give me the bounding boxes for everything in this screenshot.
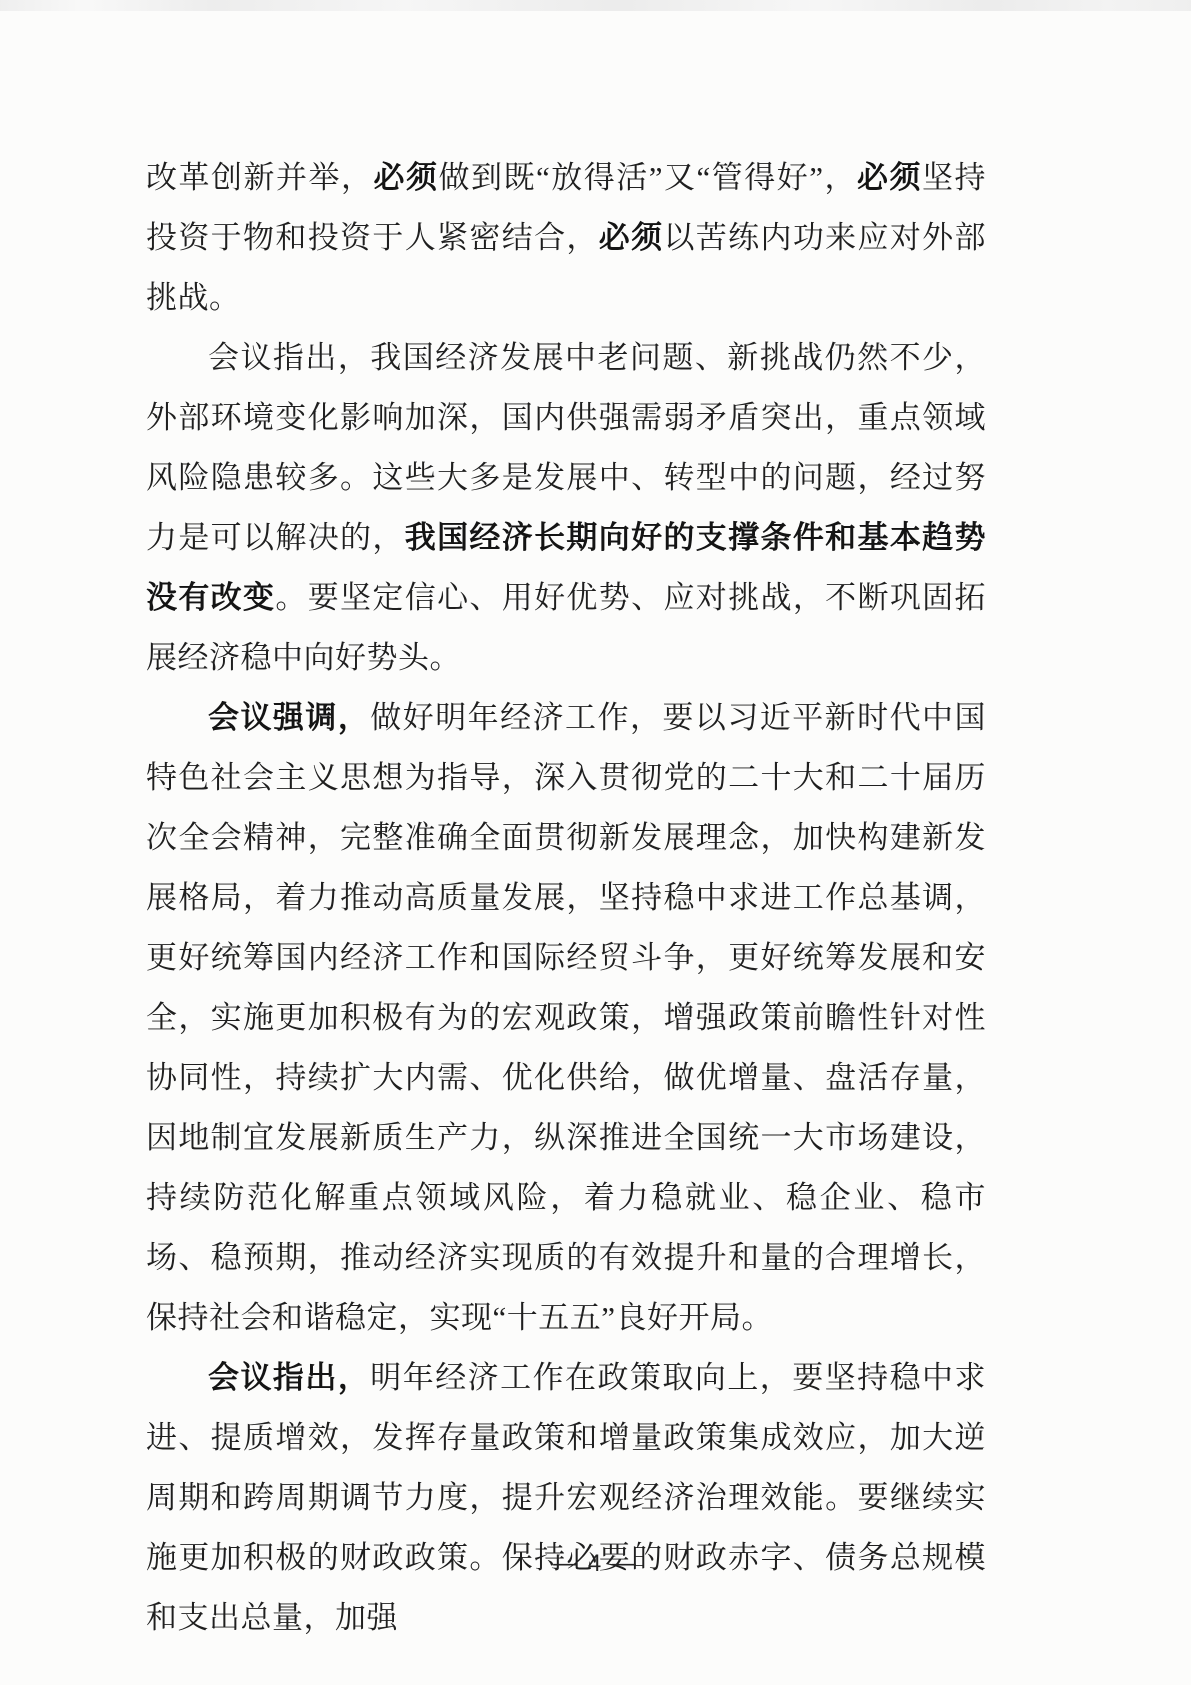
document-text-block: 改革创新并举，必须做到既“放得活”又“管得好”，必须坚持投资于物和投资于人紧密结… xyxy=(146,148,986,1648)
scan-edge-artifact xyxy=(0,0,1191,11)
body-text: 明年经济工作在政策取向上，要坚持稳中求进、提质增效，发挥存量政策和增量政策集成效… xyxy=(146,1360,986,1635)
emphasis-text: 会议指出， xyxy=(208,1360,370,1395)
emphasis-text: 会议强调， xyxy=(208,700,370,735)
page-number: — 4 — xyxy=(0,1550,1191,1578)
paragraph: 改革创新并举，必须做到既“放得活”又“管得好”，必须坚持投资于物和投资于人紧密结… xyxy=(146,148,986,328)
body-text: 做到既“放得活”又“管得好”， xyxy=(439,160,858,195)
emphasis-text: 必须 xyxy=(599,220,664,255)
emphasis-text: 必须 xyxy=(374,160,439,195)
paragraph: 会议强调，做好明年经济工作，要以习近平新时代中国特色社会主义思想为指导，深入贯彻… xyxy=(146,688,986,1348)
emphasis-text: 必须 xyxy=(857,160,922,195)
paragraph: 会议指出，我国经济发展中老问题、新挑战仍然不少，外部环境变化影响加深，国内供强需… xyxy=(146,328,986,688)
body-text: 改革创新并举， xyxy=(146,160,374,195)
body-text: 做好明年经济工作，要以习近平新时代中国特色社会主义思想为指导，深入贯彻党的二十大… xyxy=(146,700,986,1335)
paragraph: 会议指出，明年经济工作在政策取向上，要坚持稳中求进、提质增效，发挥存量政策和增量… xyxy=(146,1348,986,1648)
document-page: 改革创新并举，必须做到既“放得活”又“管得好”，必须坚持投资于物和投资于人紧密结… xyxy=(0,0,1191,1685)
